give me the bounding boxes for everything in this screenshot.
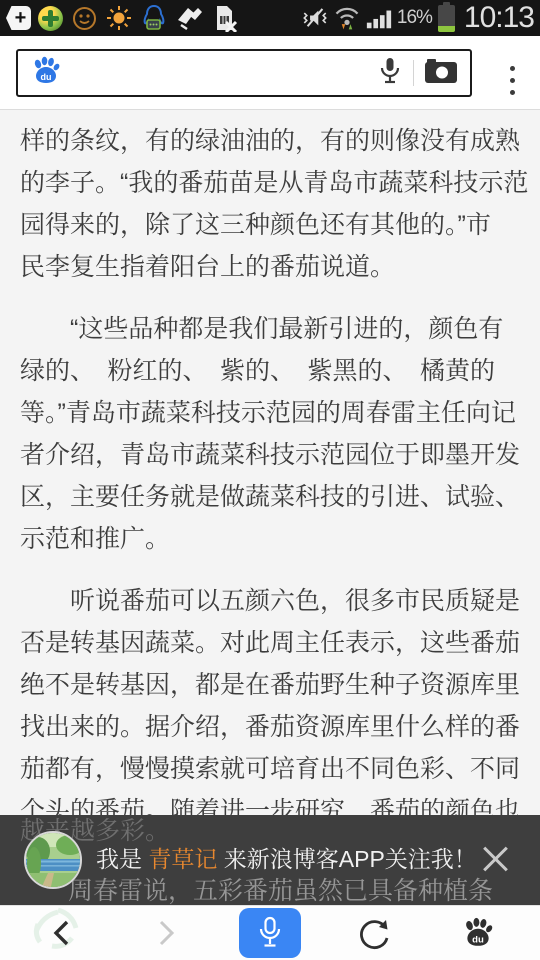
- baidu-paw-logo: du: [30, 55, 62, 92]
- camera-icon[interactable]: [424, 57, 458, 90]
- article-line: 示范和推广。: [20, 518, 520, 560]
- close-icon[interactable]: [478, 841, 514, 877]
- green-sphere-app-icon: [38, 6, 63, 31]
- browser-header: du: [0, 36, 540, 110]
- article-text: 样的条纹，有的绿油油的，有的则像没有成熟的李子。“我的番茄苗是从青岛市蔬菜科技示…: [20, 120, 520, 874]
- notification-icons: +: [6, 4, 301, 32]
- system-status-icons: 16% 10:13: [301, 1, 534, 35]
- article-line: 茄都有，慢慢摸索就可培育出不同色彩、不同: [20, 748, 520, 790]
- search-input[interactable]: [62, 53, 377, 93]
- forward-icon[interactable]: [134, 907, 198, 959]
- qq-messenger-icon: [140, 4, 168, 32]
- overflow-menu-icon[interactable]: [502, 60, 522, 100]
- article-line: 等。”青岛市蔬菜科技示范园的周春雷主任向记: [20, 392, 520, 434]
- clean-brush-icon: [175, 4, 203, 32]
- smiley-app-icon: [70, 4, 98, 32]
- svg-text:du: du: [41, 72, 52, 82]
- article-paragraph: “这些品种都是我们最新引进的，颜色有绿的、 粉红的、 紫的、 紫黑的、 橘黄的等…: [20, 308, 520, 560]
- wifi-traffic-icon: [333, 4, 361, 32]
- clock: 10:13: [464, 1, 534, 35]
- back-icon[interactable]: [30, 907, 94, 959]
- voice-search-icon[interactable]: [239, 908, 301, 958]
- article-line: 者介绍，青岛市蔬菜科技示范园位于即墨开发: [20, 434, 520, 476]
- article-line: 区，主要任务就是做蔬菜科技的引进、试验、: [20, 476, 520, 518]
- svg-text:du: du: [472, 935, 484, 946]
- search-box[interactable]: du: [16, 49, 472, 97]
- phone-screen: +: [0, 0, 540, 960]
- article-line: 绿的、 粉红的、 紫的、 紫黑的、 橘黄的: [20, 350, 520, 392]
- article-line: 否是转基因蔬菜。对此周主任表示，这些番茄: [20, 622, 520, 664]
- article-line: 找出来的。据介绍，番茄资源库里什么样的番: [20, 706, 520, 748]
- battery-percent: 16%: [397, 7, 432, 29]
- microphone-icon[interactable]: [377, 56, 403, 91]
- article-line: 的李子。“我的番茄苗是从青岛市蔬菜科技示范: [20, 162, 520, 204]
- article-line: 样的条纹，有的绿油油的，有的则像没有成熟: [20, 120, 520, 162]
- refresh-icon[interactable]: [342, 907, 406, 959]
- status-bar: +: [0, 0, 540, 36]
- article-line: 园得来的，除了这三种颜色还有其他的。”市: [20, 204, 520, 246]
- blog-avatar[interactable]: [24, 831, 82, 889]
- promo-banner[interactable]: 越来越多彩。 周春雷说，五彩番茄虽然已具备种植条 我是 青草记 来新浪博客APP…: [0, 815, 540, 905]
- vibrate-mute-icon: [301, 4, 329, 32]
- battery-icon: [438, 5, 455, 32]
- signal-bars-icon: [365, 4, 393, 32]
- article-line: 绝不是转基因，都是在番茄野生种子资源库里: [20, 664, 520, 706]
- search-divider: [413, 60, 414, 86]
- voice-search-button[interactable]: [238, 907, 302, 959]
- obscured-article-line: 周春雷说，五彩番茄虽然已具备种植条: [68, 871, 493, 905]
- bottom-navbar: du: [0, 905, 540, 960]
- article-line: “这些品种都是我们最新引进的，颜色有: [20, 308, 520, 350]
- article-line: 听说番茄可以五颜六色，很多市民质疑是: [20, 580, 520, 622]
- brightness-sun-icon: [105, 4, 133, 32]
- article-line: 民李复生指着阳台上的番茄说道。: [20, 246, 520, 288]
- blog-name: 青草记: [148, 846, 217, 872]
- plus-badge-icon: +: [6, 6, 31, 30]
- sim-missing-icon: [210, 4, 238, 32]
- baidu-paw-icon[interactable]: du: [446, 907, 510, 959]
- banner-message[interactable]: 我是 青草记 来新浪博客APP关注我！: [96, 841, 477, 874]
- article-paragraph: 样的条纹，有的绿油油的，有的则像没有成熟的李子。“我的番茄苗是从青岛市蔬菜科技示…: [20, 120, 520, 288]
